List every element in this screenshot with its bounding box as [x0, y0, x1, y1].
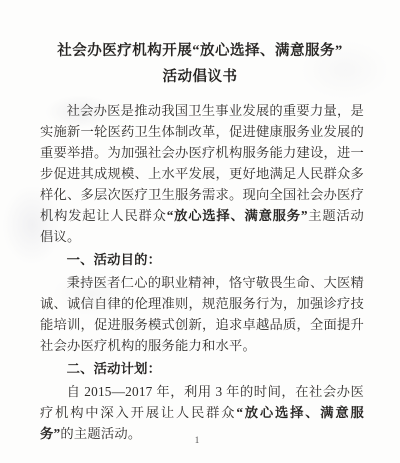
paragraph-introduction: 社会办医是推动我国卫生事业发展的重要力量，是实施新一轮医药卫生体制改革，促进健康… [40, 100, 364, 247]
slogan-bold-text: “放心选择、满意服务” [167, 208, 308, 223]
section-heading-plan: 二、活动计划： [40, 358, 364, 379]
paragraph-purpose: 秉持医者仁心的职业精神，恪守敬畏生命、大医精诚、诚信自律的伦理准则，规范服务行为… [40, 272, 364, 356]
page-number: 1 [0, 435, 394, 445]
document-body: 社会办医是推动我国卫生事业发展的重要力量，是实施新一轮医药卫生体制改革，促进健康… [40, 100, 364, 444]
paragraph-introduction-text: 社会办医是推动我国卫生事业发展的重要力量，是实施新一轮医药卫生体制改革，促进健康… [40, 103, 364, 223]
section-heading-purpose: 一、活动目的： [40, 249, 364, 270]
document-title: 社会办医疗机构开展“放心选择、满意服务” 活动倡议书 [20, 38, 380, 90]
scanned-document-page: 社会办医疗机构开展“放心选择、满意服务” 活动倡议书 社会办医是推动我国卫生事业… [0, 0, 400, 463]
document-title-line-2: 活动倡议书 [20, 64, 380, 90]
document-title-line-1: 社会办医疗机构开展“放心选择、满意服务” [20, 38, 380, 64]
